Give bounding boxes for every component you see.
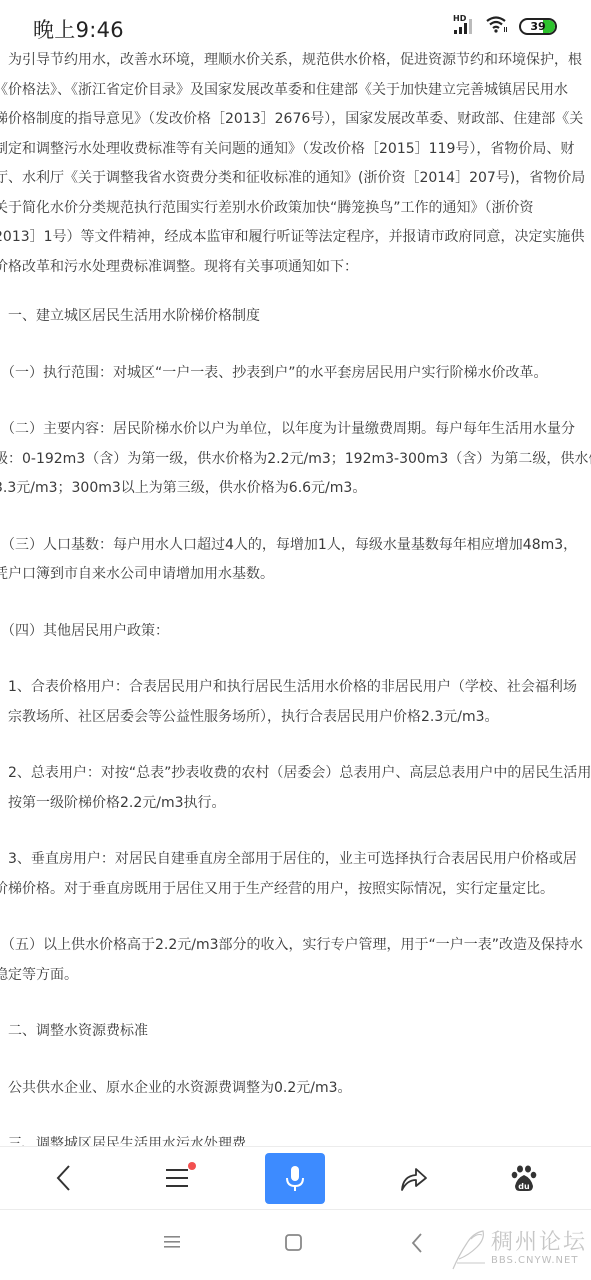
text-line: （二）主要内容：居民阶梯水价以户为单位，以年度为计量缴费周期。每户每年生活用水量… — [0, 415, 591, 445]
text-line: （五）以上供水价格高于2.2元/m3部分的收入，实行专户管理，用于“一户一表”改… — [0, 931, 591, 961]
status-time: 晚上9:46 — [33, 14, 124, 44]
voice-search-button[interactable] — [265, 1153, 325, 1204]
text-line: （四）其他居民用户政策： — [0, 617, 591, 647]
text-line: 关于简化水价分类规范执行范围实行差别水价政策加快“腾笼换鸟”工作的通知》（浙价资 — [0, 194, 591, 224]
text-line: （一）执行范围：对城区“一户一表、抄表到户”的水平套房居民用户实行阶梯水价改革。 — [0, 359, 591, 389]
back-icon — [54, 1164, 74, 1192]
item-1: （一）执行范围：对城区“一户一表、抄表到户”的水平套房居民用户实行阶梯水价改革。 — [0, 359, 591, 389]
recents-icon — [162, 1233, 182, 1251]
text-line: 厅、水利厅《关于调整我省水资费分类和征收标准的通知》(浙价资［2014］207号… — [0, 164, 591, 194]
text-line: 梯价格制度的指导意见》（发改价格［2013］2676号），国家发展改革委、财政部… — [0, 105, 591, 135]
menu-icon — [165, 1166, 191, 1190]
baidu-button[interactable]: du — [503, 1147, 545, 1209]
item-4-title: （四）其他居民用户政策： — [0, 617, 591, 647]
text-line: 《价格法》、《浙江省定价目录》及国家发展改革委和住建部《关于加快建立完善城镇居民… — [0, 76, 591, 106]
text-line: ，按第一级阶梯价格2.2元/m3执行。 — [0, 789, 591, 819]
recents-button[interactable] — [162, 1233, 182, 1255]
item-2: （二）主要内容：居民阶梯水价以户为单位，以年度为计量缴费周期。每户每年生活用水量… — [0, 415, 591, 504]
sub-item-3: 3、垂直房用户：对居民自建垂直房全部用于居住的，业主可选择执行合表居民用户价格或… — [0, 845, 591, 904]
status-icons: HD 39 — [453, 15, 557, 37]
text-line: 3.3元/m3；300m3以上为第三级，供水价格为6.6元/m3。 — [0, 474, 591, 504]
nav-back-button[interactable] — [410, 1232, 424, 1258]
sub-item-2: 2、总表用户：对按“总表”抄表收费的农村（居委会）总表用户、高层总表用户中的居民… — [0, 759, 591, 818]
back-button[interactable] — [44, 1147, 84, 1209]
quill-logo-icon — [449, 1225, 487, 1271]
cellular-signal-icon: HD — [453, 17, 475, 35]
text-line: 凭户口簿到市自来水公司申请增加用水基数。 — [0, 560, 591, 590]
item-3: （三）人口基数：每户用水人口超过4人的，每增加1人，每级水量基数每年相应增加48… — [0, 531, 591, 590]
text-line: （三）人口基数：每户用水人口超过4人的，每增加1人，每级水量基数每年相应增加48… — [0, 531, 591, 561]
text-line: 价格改革和污水处理费标准调整。现将有关事项通知如下： — [0, 253, 591, 283]
home-icon — [284, 1233, 304, 1253]
back-icon — [410, 1232, 424, 1254]
heading-text: 一、建立城区居民生活用水阶梯价格制度 — [0, 302, 591, 332]
notification-dot — [188, 1162, 196, 1170]
text-line: 2、总表用户：对按“总表”抄表收费的农村（居委会）总表用户、高层总表用户中的居民… — [0, 759, 591, 789]
text-line: 为引导节约用水，改善水环境，理顺水价关系，规范供水价格，促进资源节约和环境保护，… — [0, 46, 591, 76]
intro-paragraph: 为引导节约用水，改善水环境，理顺水价关系，规范供水价格，促进资源节约和环境保护，… — [0, 46, 591, 282]
text-line: 公共供水企业、原水企业的水资源费调整为0.2元/m3。 — [0, 1074, 591, 1104]
text-line: 制定和调整污水处理收费标准等有关问题的通知》（发改价格［2015］119号），省… — [0, 135, 591, 165]
article-content: 为引导节约用水，改善水环境，理顺水价关系，规范供水价格，促进资源节约和环境保护，… — [0, 46, 591, 1160]
text-line: 、宗教场所、社区居委会等公益性服务场所），执行合表居民用户价格2.3元/m3。 — [0, 703, 591, 733]
home-button[interactable] — [284, 1233, 304, 1257]
heading-text: 二、调整水资源费标准 — [0, 1017, 591, 1047]
status-bar: 晚上9:46 HD 39 — [0, 0, 591, 50]
section-1-title: 一、建立城区居民生活用水阶梯价格制度 — [0, 302, 591, 332]
watermark-title: 稠州论坛 — [491, 1231, 587, 1255]
text-line: 1、合表价格用户：合表居民用户和执行居民生活用水价格的非居民用户（学校、社会福利… — [0, 673, 591, 703]
browser-toolbar: du — [0, 1146, 591, 1210]
item-5: （五）以上供水价格高于2.2元/m3部分的收入，实行专户管理，用于“一户一表”改… — [0, 931, 591, 990]
battery-level: 39 — [530, 20, 545, 33]
battery-icon: 39 — [519, 18, 557, 35]
text-line: 级：0-192m3（含）为第一级，供水价格为2.2元/m3；192m3-300m… — [0, 445, 591, 475]
svg-text:du: du — [518, 1182, 530, 1191]
system-nav-bar: 稠州论坛 BBS.CNYW.NET — [0, 1211, 591, 1280]
forum-watermark: 稠州论坛 BBS.CNYW.NET — [449, 1225, 587, 1271]
text-line: 阶梯价格。对于垂直房既用于居住又用于生产经营的用户，按照实际情况，实行定量定比。 — [0, 875, 591, 905]
share-button[interactable] — [393, 1147, 435, 1209]
section-2-body: 公共供水企业、原水企业的水资源费调整为0.2元/m3。 — [0, 1074, 591, 1104]
text-line: 2013］1号）等文件精神，经成本监审和履行听证等法定程序，并报请市政府同意，决… — [0, 223, 591, 253]
text-line: 稳定等方面。 — [0, 961, 591, 991]
microphone-icon — [284, 1164, 306, 1194]
text-line: 3、垂直房用户：对居民自建垂直房全部用于居住的，业主可选择执行合表居民用户价格或… — [0, 845, 591, 875]
share-icon — [399, 1164, 429, 1192]
baidu-paw-icon: du — [511, 1164, 537, 1192]
menu-button[interactable] — [158, 1147, 198, 1209]
sub-item-1: 1、合表价格用户：合表居民用户和执行居民生活用水价格的非居民用户（学校、社会福利… — [0, 673, 591, 732]
wifi-icon — [485, 15, 509, 37]
section-2-title: 二、调整水资源费标准 — [0, 1017, 591, 1047]
watermark-url: BBS.CNYW.NET — [491, 1255, 587, 1266]
